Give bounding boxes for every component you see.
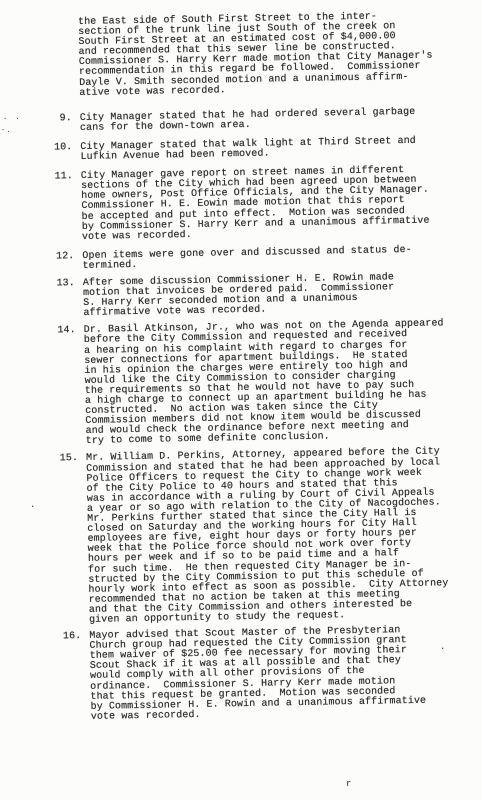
item-text: Dr. Basil Atkinson, Jr., who was not on … bbox=[84, 319, 458, 447]
item-text: City Manager gave report on street names… bbox=[81, 165, 454, 242]
item-text: Open items were gone over and discussed … bbox=[82, 245, 454, 272]
minutes-item-16: 16. Mayor advised that Scout Master of t… bbox=[89, 625, 463, 723]
minutes-item-11: 11. City Manager gave report on street n… bbox=[81, 165, 454, 242]
item-number: 13. bbox=[51, 279, 75, 290]
minutes-item-12: 12. Open items were gone over and discus… bbox=[82, 245, 454, 272]
item-text: After some discussion Commissioner H. E.… bbox=[83, 272, 456, 319]
item-number: 12. bbox=[50, 252, 74, 263]
typewritten-text-block: the East side of South First Street to t… bbox=[78, 11, 463, 723]
item-number: 16. bbox=[57, 632, 81, 643]
minutes-item-14: 14. Dr. Basil Atkinson, Jr., who was not… bbox=[84, 319, 458, 447]
minutes-item-13: 13. After some discussion Commissioner H… bbox=[83, 272, 456, 319]
scan-artifact-mark: . bbox=[440, 644, 445, 650]
scan-artifact-mark: . . bbox=[3, 115, 22, 121]
minutes-item-10: 10. City Manager stated that walk light … bbox=[80, 136, 452, 163]
item-number: 10. bbox=[48, 143, 72, 154]
minutes-item-15: 15. Mr. William D. Perkins, Attorney, ap… bbox=[86, 448, 461, 626]
continuation-paragraph: the East side of South First Street to t… bbox=[78, 11, 451, 99]
item-number: 15. bbox=[54, 455, 78, 466]
item-text: Mr. William D. Perkins, Attorney, appear… bbox=[86, 448, 461, 626]
item-text: Mayor advised that Scout Master of the P… bbox=[89, 625, 463, 723]
item-number: 11. bbox=[49, 172, 73, 183]
item-text: City Manager stated that he had ordered … bbox=[80, 107, 452, 134]
scan-artifact-mark: . bbox=[30, 502, 35, 508]
scan-artifact-mark: -. bbox=[1, 128, 11, 134]
scanned-minutes-page: the East side of South First Street to t… bbox=[0, 0, 482, 800]
item-number: 9. bbox=[48, 114, 72, 125]
item-number: 14. bbox=[52, 326, 76, 337]
minutes-item-9: 9. City Manager stated that he had order… bbox=[80, 107, 452, 134]
scan-artifact-mark: r bbox=[346, 781, 351, 787]
item-text: City Manager stated that walk light at T… bbox=[80, 136, 452, 163]
